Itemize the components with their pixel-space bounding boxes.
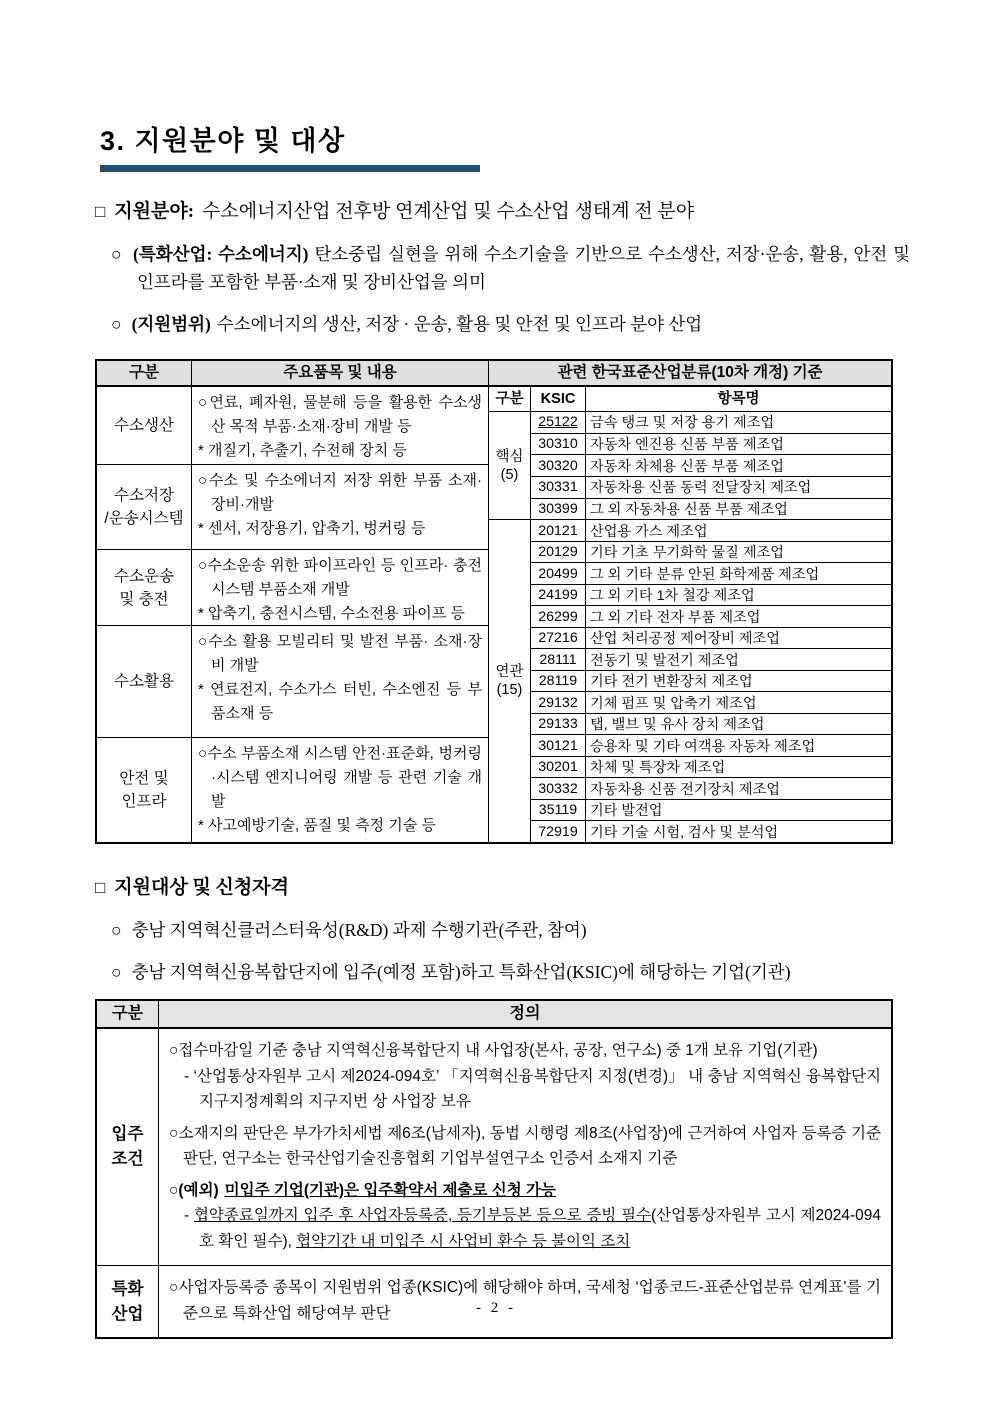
group-label: 핵심(5) (489, 412, 531, 519)
group-label: 연관(15) (489, 520, 531, 842)
row-label-line: 안전 및 (119, 767, 168, 790)
row-content: ○수소 및 수소에너지 저장 위한 부품 소재·장비·개발 * 센서, 저장용기… (192, 465, 488, 549)
ksic-row: 29132기체 펌프 및 압축기 제조업 (531, 692, 891, 714)
underlined-text: 협약종료일까지 입주 후 사업자등록증, 등기부등본 등으로 증빙 필수 (194, 1207, 651, 1224)
square-bullet-icon: □ (95, 878, 105, 897)
circle-bullet-icon: ○ (111, 920, 122, 940)
row-content: ○연료, 폐자원, 물분해 등을 활용한 수소생산 목적 부품·소재·장비 개발… (192, 387, 488, 464)
ksic-code: 30121 (531, 735, 586, 756)
bullet-special-industry: ○(특화산업: 수소에너지)탄소중립 실현을 위해 수소기술을 기반으로 수소생… (111, 240, 910, 296)
ksic-row: 20499그 외 기타 분류 안된 화학제품 제조업 (531, 563, 891, 585)
group-rows: 20121산업용 가스 제조업 20129기타 기초 무기화학 물질 제조업 2… (531, 520, 891, 842)
ksic-row: 27216산업 처리공정 제어장비 제조업 (531, 628, 891, 650)
bullet-text: 충남 지역혁신융복합단지에 입주(예정 포함)하고 특화산업(KSIC)에 해당… (132, 962, 791, 982)
circle-bullet-icon: ○ (111, 962, 122, 982)
section-support-field-heading: □지원분야:수소에너지산업 전후방 연계산업 및 수소산업 생태계 전 분야 (95, 198, 910, 226)
ksic-name: 탭, 밸브 및 유사 장치 제조업 (586, 714, 891, 735)
ksic-header-group: 구분 (489, 387, 531, 411)
ksic-header-code: KSIC (531, 387, 586, 411)
ksic-row: 29133탭, 밸브 및 유사 장치 제조업 (531, 714, 891, 736)
row-label-line: 수소저장 (114, 484, 174, 507)
ksic-name: 자동차 엔진용 신품 부품 제조업 (586, 434, 891, 455)
header-main-items: 주요품목 및 내용 (192, 361, 489, 385)
row-content: ○수소 부품소재 시스템 안전·표준화, 벙커링·시스템 엔지니어링 개발 등 … (192, 738, 488, 842)
bullet-cluster-rnd: ○충남 지역혁신클러스터육성(R&D) 과제 수행기관(주관, 참여) (111, 916, 910, 944)
ksic-code: 30201 (531, 757, 586, 778)
ksic-name: 그 외 기타 분류 안된 화학제품 제조업 (586, 563, 891, 584)
ksic-row: 28111전동기 및 발전기 제조업 (531, 649, 891, 671)
ksic-name: 승용차 및 기타 여객용 자동차 제조업 (586, 735, 891, 756)
bullet-bold-text: (특화산업: 수소에너지) (133, 244, 308, 264)
ksic-code: 27216 (531, 628, 586, 649)
ksic-table-header: 구분 KSIC 항목명 (489, 387, 891, 412)
row-label: 수소운송및 충전 (97, 550, 192, 625)
header-ksic-standard: 관련 한국표준산업분류(10차 개정) 기준 (489, 361, 891, 385)
definition-table: 구분 정의 입주조건 ○접수마감일 기준 충남 지역혁신융복합단지 내 사업장(… (95, 999, 893, 1339)
group-label-line: (15) (497, 681, 523, 699)
ksic-row: 30332자동차용 신품 전기장치 제조업 (531, 778, 891, 800)
sub-paragraph: - ‘산업통상자원부 고시 제2024-094호’ 「지역혁신융복합단지 지정(… (169, 1064, 881, 1115)
underlined-text: 협약기간 내 미입주 시 사업비 환수 등 불이익 조치 (296, 1233, 630, 1250)
ksic-name: 그 외 기타 전자 부품 제조업 (586, 606, 891, 627)
definition-row-move-in: 입주조건 ○접수마감일 기준 충남 지역혁신융복합단지 내 사업장(본사, 공장… (97, 1029, 891, 1266)
ksic-code: 26299 (531, 606, 586, 627)
heading-bold-text: 지원대상 및 신청자격 (114, 877, 289, 898)
row-label-line: 수소활용 (114, 670, 174, 693)
row-note-text: * 센서, 저장용기, 압축기, 벙커링 등 (198, 517, 482, 541)
paragraph: ○접수마감일 기준 충남 지역혁신융복합단지 내 사업장(본사, 공장, 연구소… (169, 1038, 881, 1064)
row-note-text: * 개질기, 추출기, 수전해 장치 등 (198, 439, 482, 463)
circle-bullet-icon: ○ (169, 1182, 178, 1199)
group-rows: 25122금속 탱크 및 저장 용기 제조업 30310자동차 엔진용 신품 부… (531, 412, 891, 519)
paragraph-exception: ○(예외)미입주 기업(기관)은 입주확약서 제출로 신청 가능 (169, 1178, 881, 1204)
row-content: ○수소운송 위한 파이프라인 등 인프라· 충전시스템 부품소재 개발 * 압축… (192, 550, 488, 625)
industry-table-body: 수소생산 ○연료, 폐자원, 물분해 등을 활용한 수소생산 목적 부품·소재·… (97, 387, 891, 842)
ksic-name: 차체 및 특장차 제조업 (586, 757, 891, 778)
ksic-code: 30332 (531, 778, 586, 799)
ksic-code: 24199 (531, 585, 586, 606)
ksic-name: 산업 처리공정 제어장비 제조업 (586, 628, 891, 649)
row-label-line: 및 충전 (119, 588, 168, 611)
ksic-name: 그 외 기타 1차 철강 제조업 (586, 585, 891, 606)
ksic-code: 28119 (531, 671, 586, 692)
row-note-text: * 연료전지, 수소가스 터빈, 수소엔진 등 부품소재 등 (198, 678, 482, 726)
header-gubun: 구분 (97, 1001, 159, 1027)
ksic-code: 20129 (531, 542, 586, 563)
ksic-name: 산업용 가스 제조업 (586, 520, 891, 541)
section-support-field: □지원분야:수소에너지산업 전후방 연계산업 및 수소산업 생태계 전 분야 ○… (95, 198, 910, 338)
row-label: 수소활용 (97, 626, 192, 737)
heading-rest-text: 수소에너지산업 전후방 연계산업 및 수소산업 생태계 전 분야 (202, 201, 694, 222)
group-label-line: (5) (501, 466, 519, 484)
industry-table-header: 구분 주요품목 및 내용 관련 한국표준산업분류(10차 개정) 기준 (97, 361, 891, 387)
row-item-text: ○수소 활용 모빌리티 및 발전 부품· 소재·장비 개발 (198, 630, 482, 678)
bullet-text: 충남 지역혁신클러스터육성(R&D) 과제 수행기관(주관, 참여) (132, 920, 587, 940)
row-note-text: * 압축기, 충전시스템, 수소전용 파이프 등 (198, 602, 482, 626)
ksic-row: 30399그 외 자동차용 신품 부품 제조업 (531, 499, 891, 520)
ksic-code: 30310 (531, 434, 586, 455)
ksic-name: 자동차 차체용 신품 부품 제조업 (586, 455, 891, 476)
page-title: 3. 지원분야 및 대상 (100, 122, 480, 160)
ksic-groups: 핵심(5) 25122금속 탱크 및 저장 용기 제조업 30310자동차 엔진… (489, 412, 891, 842)
ksic-name: 기타 발전업 (586, 800, 891, 821)
circle-bullet-icon: ○ (111, 244, 123, 264)
row-label-line: 수소생산 (114, 414, 174, 437)
ksic-row: 30331자동차용 신품 동력 전달장치 제조업 (531, 477, 891, 499)
industry-table: 구분 주요품목 및 내용 관련 한국표준산업분류(10차 개정) 기준 수소생산… (95, 359, 893, 844)
group-label-line: 핵심 (495, 448, 523, 466)
row-label-line: 인프라 (122, 790, 167, 813)
square-bullet-icon: □ (95, 202, 105, 221)
ksic-code: 35119 (531, 800, 586, 821)
ksic-name: 전동기 및 발전기 제조업 (586, 649, 891, 670)
ksic-code: 20121 (531, 520, 586, 541)
ksic-row: 26299그 외 기타 전자 부품 제조업 (531, 606, 891, 628)
page-title-block: 3. 지원분야 및 대상 (100, 122, 480, 172)
row-label-line: /운송시스템 (104, 507, 183, 530)
ksic-code: 28111 (531, 649, 586, 670)
row-label-line: 입주 (112, 1122, 144, 1147)
bullet-bold-text: (지원범위) (132, 314, 211, 334)
ksic-row: 24199그 외 기타 1차 철강 제조업 (531, 585, 891, 607)
row-label: 안전 및인프라 (97, 738, 192, 842)
ksic-row: 20129기타 기초 무기화학 물질 제조업 (531, 542, 891, 564)
ksic-name: 기타 전기 변환장치 제조업 (586, 671, 891, 692)
section-support-target: □지원대상 및 신청자격 ○충남 지역혁신클러스터육성(R&D) 과제 수행기관… (95, 874, 910, 986)
ksic-code: 30331 (531, 477, 586, 498)
ksic-name: 자동차용 신품 동력 전달장치 제조업 (586, 477, 891, 498)
ksic-code: 30320 (531, 455, 586, 476)
ksic-row: 25122금속 탱크 및 저장 용기 제조업 (531, 412, 891, 434)
row-label-line: 특화 (112, 1277, 144, 1302)
industry-row-transport: 수소운송및 충전 ○수소운송 위한 파이프라인 등 인프라· 충전시스템 부품소… (97, 550, 488, 626)
exception-bold-text: (예외) (178, 1182, 218, 1199)
exception-underlined-text: 미입주 기업(기관)은 입주확약서 제출로 신청 가능 (225, 1182, 556, 1199)
header-definition: 정의 (159, 1001, 891, 1027)
ksic-row: 30201차체 및 특장차 제조업 (531, 757, 891, 779)
ksic-row: 72919기타 기술 시험, 검사 및 분석업 (531, 821, 891, 842)
ksic-name: 기타 기초 무기화학 물질 제조업 (586, 542, 891, 563)
ksic-row: 30310자동차 엔진용 신품 부품 제조업 (531, 434, 891, 456)
industry-row-utilization: 수소활용 ○수소 활용 모빌리티 및 발전 부품· 소재·장비 개발 * 연료전… (97, 626, 488, 738)
definition-table-header: 구분 정의 (97, 1001, 891, 1029)
title-underline-bar (100, 165, 480, 172)
row-label-line: 조건 (112, 1147, 144, 1172)
industry-row-safety: 안전 및인프라 ○수소 부품소재 시스템 안전·표준화, 벙커링·시스템 엔지니… (97, 738, 488, 842)
row-content: ○접수마감일 기준 충남 지역혁신융복합단지 내 사업장(본사, 공장, 연구소… (159, 1029, 891, 1265)
row-content: ○수소 활용 모빌리티 및 발전 부품· 소재·장비 개발 * 연료전지, 수소… (192, 626, 488, 737)
ksic-name: 기체 펌프 및 압축기 제조업 (586, 692, 891, 713)
row-label: 입주조건 (97, 1029, 159, 1265)
bullet-text: 수소에너지의 생산, 저장 · 운송, 활용 및 안전 및 인프라 분야 산업 (217, 314, 702, 334)
industry-row-production: 수소생산 ○연료, 폐자원, 물분해 등을 활용한 수소생산 목적 부품·소재·… (97, 387, 488, 465)
bullet-complex-tenant: ○충남 지역혁신융복합단지에 입주(예정 포함)하고 특화산업(KSIC)에 해… (111, 958, 910, 986)
bullet-support-range: ○(지원범위)수소에너지의 생산, 저장 · 운송, 활용 및 안전 및 인프라… (111, 310, 910, 338)
ksic-code: 29132 (531, 692, 586, 713)
ksic-row: 28119기타 전기 변환장치 제조업 (531, 671, 891, 693)
row-label: 수소생산 (97, 387, 192, 464)
document-page: 3. 지원분야 및 대상 □지원분야:수소에너지산업 전후방 연계산업 및 수소… (0, 0, 992, 1403)
ksic-row: 20121산업용 가스 제조업 (531, 520, 891, 542)
group-label-line: 연관 (495, 663, 523, 681)
header-gubun: 구분 (97, 361, 192, 385)
row-item-text: ○수소 및 수소에너지 저장 위한 부품 소재·장비·개발 (198, 469, 482, 517)
ksic-code: 25122 (538, 414, 577, 430)
row-note-text: * 사고예방기술, 품질 및 측정 기술 등 (198, 814, 482, 838)
ksic-header-name: 항목명 (586, 387, 891, 411)
heading-bold-text: 지원분야: (114, 201, 194, 222)
dash-bullet: - (184, 1207, 194, 1224)
page-number: - 2 - (0, 1300, 992, 1317)
ksic-code: 20499 (531, 563, 586, 584)
row-item-text: ○수소운송 위한 파이프라인 등 인프라· 충전시스템 부품소재 개발 (198, 554, 482, 602)
paragraph: ○소재지의 판단은 부가가치세법 제6조(납세자), 동법 시행령 제8조(사업… (169, 1121, 881, 1172)
ksic-code: 30399 (531, 499, 586, 520)
industry-left-table: 수소생산 ○연료, 폐자원, 물분해 등을 활용한 수소생산 목적 부품·소재·… (97, 387, 489, 842)
ksic-code: 72919 (531, 821, 586, 842)
section-support-target-heading: □지원대상 및 신청자격 (95, 874, 910, 902)
ksic-name: 그 외 자동차용 신품 부품 제조업 (586, 499, 891, 520)
ksic-table: 구분 KSIC 항목명 핵심(5) 25122금속 탱크 및 저장 용기 제조업… (489, 387, 891, 842)
row-item-text: ○연료, 폐자원, 물분해 등을 활용한 수소생산 목적 부품·소재·장비 개발… (198, 391, 482, 439)
ksic-row: 30121승용차 및 기타 여객용 자동차 제조업 (531, 735, 891, 757)
ksic-group-core: 핵심(5) 25122금속 탱크 및 저장 용기 제조업 30310자동차 엔진… (489, 412, 891, 520)
sub-paragraph-exception: - 협약종료일까지 입주 후 사업자등록증, 등기부등본 등으로 증빙 필수(산… (169, 1203, 881, 1254)
row-label: 수소저장/운송시스템 (97, 465, 192, 549)
circle-bullet-icon: ○ (111, 314, 122, 334)
row-item-text: ○수소 부품소재 시스템 안전·표준화, 벙커링·시스템 엔지니어링 개발 등 … (198, 742, 482, 814)
row-label-line: 수소운송 (114, 565, 174, 588)
ksic-group-related: 연관(15) 20121산업용 가스 제조업 20129기타 기초 무기화학 물… (489, 520, 891, 842)
ksic-row: 35119기타 발전업 (531, 800, 891, 822)
industry-row-storage: 수소저장/운송시스템 ○수소 및 수소에너지 저장 위한 부품 소재·장비·개발… (97, 465, 488, 550)
ksic-row: 30320자동차 차체용 신품 부품 제조업 (531, 455, 891, 477)
ksic-code: 29133 (531, 714, 586, 735)
ksic-name: 기타 기술 시험, 검사 및 분석업 (586, 821, 891, 842)
ksic-name: 자동차용 신품 전기장치 제조업 (586, 778, 891, 799)
ksic-name: 금속 탱크 및 저장 용기 제조업 (586, 412, 891, 433)
